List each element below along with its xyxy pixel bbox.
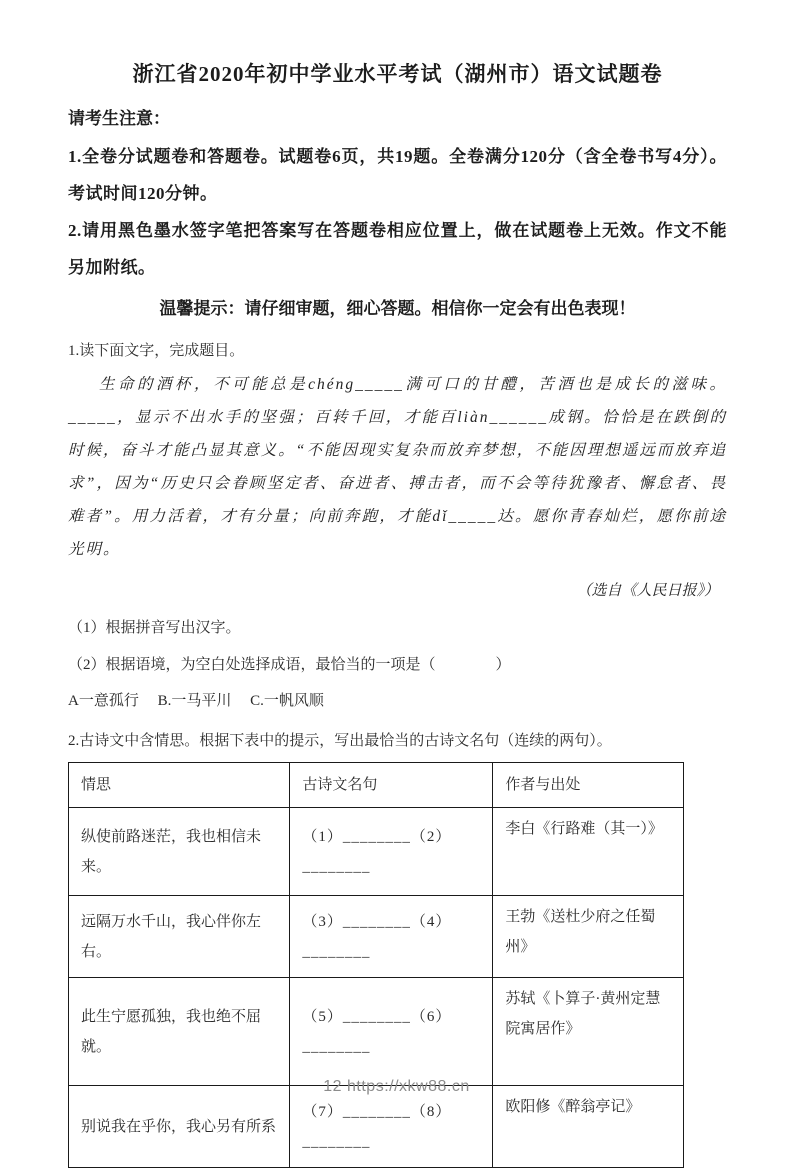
warm-tip: 温馨提示：请仔细审题，细心答题。相信你一定会有出色表现！ — [68, 292, 727, 326]
table-row: 远隔万水千山，我心伴你左右。 （3）________（4）________ 王勃… — [69, 896, 684, 978]
question-1-part-2: （2）根据语境，为空白处选择成语，最恰当的一项是（ ） — [68, 650, 727, 680]
question-1-options: A一意孤行 B.一马平川 C.一帆风顺 — [68, 686, 727, 716]
row-blanks: （5）________（6）________ — [290, 978, 493, 1086]
row-blanks: （1）________（2）________ — [290, 808, 493, 896]
exam-title: 浙江省2020年初中学业水平考试（湖州市）语文试题卷 — [68, 58, 727, 88]
table-row: 别说我在乎你，我心另有所系 （7）________（8）________ 欧阳修… — [69, 1086, 684, 1168]
row-source: 苏轼《卜算子·黄州定慧院寓居作》 — [493, 978, 684, 1086]
row-source: 欧阳修《醉翁亭记》 — [493, 1086, 684, 1168]
passage-source: （选自《人民日报》） — [68, 576, 727, 606]
row-source: 王勃《送杜少府之任蜀州》 — [493, 896, 684, 978]
row-source: 李白《行路难（其一）》 — [493, 808, 684, 896]
question-1-passage: 生命的酒杯，不可能总是chéng_____满可口的甘醴，苦酒也是成长的滋味。__… — [68, 368, 727, 566]
table-row: 此生宁愿孤独，我也绝不屈就。 （5）________（6）________ 苏轼… — [69, 978, 684, 1086]
notice-item-1: 1.全卷分试题卷和答题卷。试题卷6页，共19题。全卷满分120分（含全卷书写4分… — [68, 138, 727, 212]
notice-item-2: 2.请用黑色墨水签字笔把答案写在答题卷相应位置上，做在试题卷上无效。作文不能另加… — [68, 212, 727, 286]
table-header-author: 作者与出处 — [493, 763, 684, 808]
table-row: 纵使前路迷茫，我也相信未来。 （1）________（2）________ 李白… — [69, 808, 684, 896]
row-emotion: 纵使前路迷茫，我也相信未来。 — [69, 808, 290, 896]
row-blanks: （3）________（4）________ — [290, 896, 493, 978]
table-header-row: 情思 古诗文名句 作者与出处 — [69, 763, 684, 808]
table-header-quote: 古诗文名句 — [290, 763, 493, 808]
question-1-part-1: （1）根据拼音写出汉字。 — [68, 613, 727, 643]
exam-paper-page: 浙江省2020年初中学业水平考试（湖州市）语文试题卷 请考生注意： 1.全卷分试… — [0, 0, 793, 1122]
question-2-stem: 2.古诗文中含情思。根据下表中的提示，写出最恰当的古诗文名句（连续的两句）。 — [68, 726, 727, 756]
notice-heading: 请考生注意： — [68, 104, 727, 134]
table-header-emotion: 情思 — [69, 763, 290, 808]
page-number-and-watermark-url: 12 https://xkw88.cn — [0, 1078, 793, 1096]
row-blanks: （7）________（8）________ — [290, 1086, 493, 1168]
question-1-stem: 1.读下面文字，完成题目。 — [68, 336, 727, 366]
row-emotion: 别说我在乎你，我心另有所系 — [69, 1086, 290, 1168]
poem-quote-table: 情思 古诗文名句 作者与出处 纵使前路迷茫，我也相信未来。 （1）_______… — [68, 762, 684, 1168]
row-emotion: 远隔万水千山，我心伴你左右。 — [69, 896, 290, 978]
row-emotion: 此生宁愿孤独，我也绝不屈就。 — [69, 978, 290, 1086]
